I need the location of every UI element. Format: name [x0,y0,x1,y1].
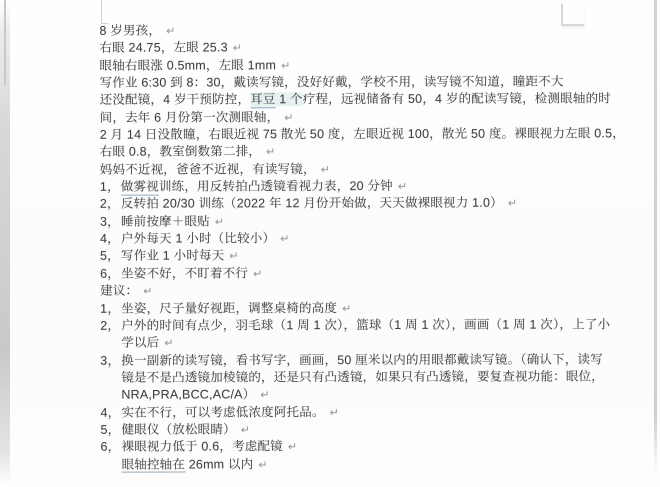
paragraph-mark-icon: ↵ [233,43,242,55]
list-number: 2， [100,318,121,335]
text-line: 建议：↵ [100,281,658,300]
document-text: 8 岁男孩，↵右眼 24.75，左眼 25.3↵眼轴右眼涨 0.5mm，左眼 1… [99,21,658,473]
text-segment: 右眼 0.8，教室倒数第二排， [100,145,261,159]
text-line: 还没配镜，4 岁干预防控，耳豆 1 个疗程，远视储备有 50，4 岁的配读写镜，… [100,91,658,110]
text-segment: 写作业 1 小时每天 [121,249,224,263]
text-segment: 实在不行，可以考虑低浓度阿托品。 [121,405,324,420]
text-segment: 户外每天 1 小时（比较小） [121,231,275,245]
text-segment: 坐姿不好，不盯着不行 [121,266,248,280]
text-line: 2 月 14 日没散瞳，右眼近视 75 散光 50 度，左眼近视 100，散光 … [100,125,658,144]
list-line: 2，户外的时间有点少，羽毛球（1 周 1 次），篮球（1 周 1 次），画画（1… [100,316,658,335]
list-number: 4， [100,231,121,248]
text-segment: 2 月 14 日没散瞳，右眼近视 75 散光 50 度，左眼近视 100，散光 … [100,126,625,141]
text-segment: 镜是不是凸透镜加棱镜的，还是只有凸透镜，如果只有凸透镜，要复查视功能：眼位， [121,369,604,384]
text-line: 妈妈不近视，爸爸不近视，有读写镜，↵ [100,160,658,179]
paragraph-mark-icon: ↵ [143,286,152,298]
text-segment: NRA,PRA,BCC,AC/A） [121,388,255,402]
paragraph-mark-icon: ↵ [321,164,330,176]
list-number: 6， [101,439,122,456]
paragraph-mark-icon: ↵ [330,407,339,419]
page-corner-mark-top-left [101,0,108,24]
text-segment: 疗程，远视储备有 50，4 岁的配读写镜，检测眼轴的时 [303,92,611,107]
text-segment: 间，去年 6 月份第一次测眼轴， [100,110,280,124]
list-line: 4，实在不行，可以考虑低浓度阿托品。↵ [100,403,658,422]
list-line: 5，写作业 1 小时每天↵ [100,247,658,266]
text-segment: 健眼仪（放松眼睛） [121,422,235,436]
underlined-text: 耳豆 [250,93,275,109]
text-line: 眼轴右眼涨 0.5mm，左眼 1mm↵ [100,56,658,75]
text-line: 写作业 6:30 到 8：30，戴读写镜，没好好戴，学校不用，读写镜不知道，瞳距… [100,73,658,92]
paragraph-mark-icon: ↵ [280,233,289,245]
text-line: 右眼 24.75，左眼 25.3↵ [99,39,657,58]
list-line: 1，坐姿，尺子量好视距，调整桌椅的高度↵ [100,299,658,318]
paragraph-mark-icon: ↵ [241,424,250,436]
paragraph-mark-icon: ↵ [398,181,407,193]
text-line: 镜是不是凸透镜加棱镜的，还是只有凸透镜，如果只有凸透镜，要复查视功能：眼位， [100,368,658,387]
text-line: 学以后↵ [100,333,658,352]
list-number: 5， [100,248,121,265]
underlined-text: 做雾视 [121,180,159,196]
text-segment: 还没配镜，4 岁干预防控， [100,93,251,107]
paper-edge-line [4,0,6,85]
text-segment: 右眼 24.75，左眼 25.3 [99,41,227,55]
text-segment: 换一副新的读写镜，看书写字，画画，50 厘米以内的用眼都戴读写镜。（确认下，读写 [121,352,603,367]
paragraph-mark-icon: ↵ [215,216,224,228]
text-segment: 裸眼视力低于 0.6，考虑配镜 [122,440,283,454]
text-line: 8 岁男孩，↵ [99,21,657,40]
list-number: 4， [100,404,121,421]
underlined-text: 眼轴控轴在 [122,457,186,473]
paragraph-mark-icon: ↵ [166,26,175,38]
list-line: 3，睡前按摩＋眼贴↵ [100,212,658,231]
paragraph-mark-icon: ↵ [164,338,173,350]
text-segment: 训练，用反转拍凸透镜看视力表，20 分钟 [159,179,393,194]
list-number: 3， [100,352,121,369]
list-number: 6， [100,265,121,282]
paragraph-mark-icon: ↵ [508,198,517,210]
paragraph-mark-icon: ↵ [258,459,267,471]
text-segment: 学以后 [121,336,159,350]
text-line: 眼轴控轴在 26mm 以内↵ [101,455,659,474]
text-segment: 写作业 6:30 到 8：30，戴读写镜，没好好戴，学校不用，读写镜不知道，瞳距… [100,75,564,90]
paragraph-mark-icon: ↵ [281,60,290,72]
text-segment: 睡前按摩＋眼贴 [121,214,210,228]
list-line: 1，做雾视训练，用反转拍凸透镜看视力表，20 分钟↵ [100,177,658,196]
paragraph-mark-icon: ↵ [342,303,351,315]
paragraph-mark-icon: ↵ [284,112,293,124]
text-segment: 8 岁男孩， [99,24,161,38]
text-segment: 26mm 以内 [185,457,253,471]
list-number: 3， [100,213,121,230]
paragraph-mark-icon: ↵ [260,390,269,402]
list-number: 1， [100,179,121,196]
list-number: 2， [100,196,121,213]
list-line: 4，户外每天 1 小时（比较小）↵ [100,229,658,248]
document-page: 8 岁男孩，↵右眼 24.75，左眼 25.3↵眼轴右眼涨 0.5mm，左眼 1… [0,0,660,487]
paragraph-mark-icon: ↵ [229,251,238,263]
list-line: 6，裸眼视力低于 0.6，考虑配镜↵ [101,438,659,457]
text-segment: 反转拍 20/30 训练（2022 年 12 月份开始做，天天做裸眼视力 1.0… [121,196,503,211]
paragraph-mark-icon: ↵ [266,147,275,159]
text-segment: 1 个 [276,93,303,107]
list-line: 6，坐姿不好，不盯着不行↵ [100,264,658,283]
text-line: 间，去年 6 月份第一次测眼轴，↵ [100,108,658,127]
paragraph-mark-icon: ↵ [253,268,262,280]
list-line: 5，健眼仪（放松眼睛）↵ [100,420,658,439]
list-number: 5， [100,422,121,439]
paragraph-mark-icon: ↵ [288,441,297,453]
list-line: 3，换一副新的读写镜，看书写字，画画，50 厘米以内的用眼都戴读写镜。（确认下，… [100,351,658,370]
text-segment: 坐姿，尺子量好视距，调整桌椅的高度 [121,301,337,316]
text-segment: 建议： [100,284,138,298]
text-segment: 眼轴右眼涨 0.5mm，左眼 1mm [100,58,277,72]
text-line: NRA,PRA,BCC,AC/A）↵ [100,385,658,404]
text-segment: 妈妈不近视，爸爸不近视，有读写镜， [100,162,316,177]
text-segment: 户外的时间有点少，羽毛球（1 周 1 次），篮球（1 周 1 次），画画（1 周… [121,317,610,332]
list-line: 2，反转拍 20/30 训练（2022 年 12 月份开始做，天天做裸眼视力 1… [100,195,658,214]
text-line: 右眼 0.8，教室倒数第二排，↵ [100,143,658,162]
list-number: 1， [100,300,121,317]
